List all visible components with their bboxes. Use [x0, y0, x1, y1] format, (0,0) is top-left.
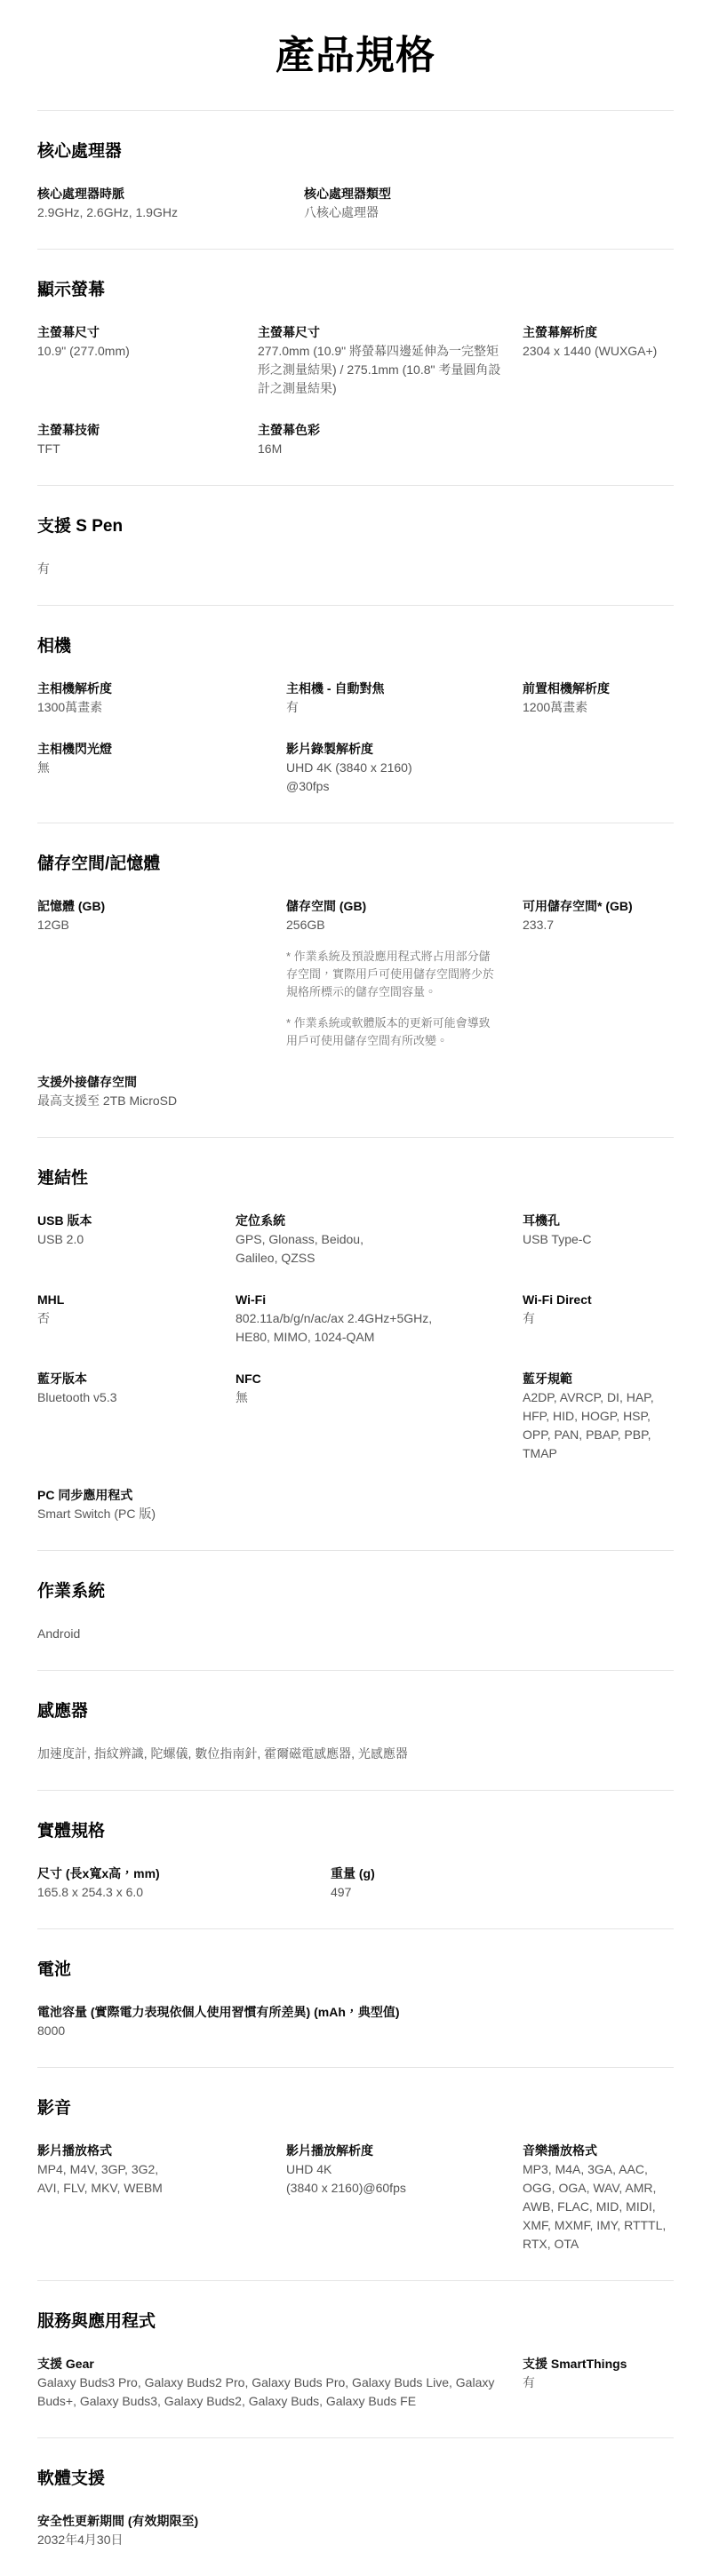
spec-value: A2DP, AVRCP, DI, HAP, HFP, HID, HOGP, HS…: [523, 1388, 674, 1463]
spec-cell: 主相機解析度1300萬畫素: [37, 680, 286, 717]
spec-value: 有: [37, 560, 674, 578]
spec-row: 核心處理器時脈2.9GHz, 2.6GHz, 1.9GHz核心處理器類型八核心處…: [37, 185, 674, 222]
spec-value: 無: [37, 759, 265, 777]
spec-cell: Android: [37, 1625, 674, 1643]
spec-row: Android: [37, 1625, 674, 1643]
spec-cell: 影片錄製解析度UHD 4K (3840 x 2160) @30fps: [286, 740, 523, 796]
spec-label: 前置相機解析度: [523, 680, 674, 698]
section-av: 影音影片播放格式MP4, M4V, 3GP, 3G2, AVI, FLV, MK…: [37, 2067, 674, 2280]
spec-value: MP3, M4A, 3GA, AAC, OGG, OGA, WAV, AMR, …: [523, 2160, 674, 2254]
spec-label: 主螢幕技術: [37, 421, 236, 440]
spec-label: 藍牙規範: [523, 1370, 674, 1388]
spec-label: 主螢幕尺寸: [258, 323, 501, 342]
spec-label: 核心處理器時脈: [37, 185, 283, 203]
spec-label: 影片播放解析度: [286, 2142, 501, 2160]
spec-cell: 主螢幕色彩16M: [258, 421, 523, 458]
section-camera: 相機主相機解析度1300萬畫素主相機 - 自動對焦有前置相機解析度1200萬畫素…: [37, 605, 674, 823]
spec-value: 有: [286, 698, 501, 717]
spec-label: 儲存空間 (GB): [286, 897, 501, 916]
spec-row: 電池容量 (實際電力表現依個人使用習慣有所差異) (mAh，典型值)8000: [37, 2003, 674, 2040]
spec-value: Smart Switch (PC 版): [37, 1505, 674, 1523]
spec-label: Wi-Fi Direct: [523, 1291, 674, 1309]
spec-value: 10.9" (277.0mm): [37, 342, 236, 361]
spec-label: 主相機閃光燈: [37, 740, 265, 759]
spec-value: USB Type-C: [523, 1230, 674, 1249]
spec-cell: 主螢幕尺寸10.9" (277.0mm): [37, 323, 258, 361]
spec-value: TFT: [37, 440, 236, 458]
spec-label: 音樂播放格式: [523, 2142, 674, 2160]
spec-row: 主螢幕技術TFT主螢幕色彩16M: [37, 421, 674, 458]
section-sensors: 感應器加速度計, 指紋辨識, 陀螺儀, 數位指南針, 霍爾磁電感應器, 光感應器: [37, 1670, 674, 1790]
spec-cell: 安全性更新期間 (有效期限至)2032年4月30日: [37, 2512, 674, 2549]
section-physical: 實體規格尺寸 (長x寬x高，mm)165.8 x 254.3 x 6.0重量 (…: [37, 1790, 674, 1928]
spec-value: 256GB: [286, 916, 501, 934]
section-display: 顯示螢幕主螢幕尺寸10.9" (277.0mm)主螢幕尺寸277.0mm (10…: [37, 249, 674, 485]
section-heading-os: 作業系統: [37, 1578, 674, 1602]
spec-label: 主相機解析度: [37, 680, 265, 698]
spec-value: 16M: [258, 440, 523, 458]
spec-row: 影片播放格式MP4, M4V, 3GP, 3G2, AVI, FLV, MKV,…: [37, 2142, 674, 2254]
spec-value: UHD 4K (3840 x 2160) @30fps: [286, 759, 523, 796]
spec-value: 無: [236, 1388, 501, 1407]
spec-value: 277.0mm (10.9" 將螢幕四邊延伸為一完整矩形之測量結果) / 275…: [258, 342, 501, 398]
section-connectivity: 連結性USB 版本USB 2.0定位系統GPS, Glonass, Beidou…: [37, 1137, 674, 1550]
spec-row: 尺寸 (長x寬x高，mm)165.8 x 254.3 x 6.0重量 (g)49…: [37, 1864, 674, 1902]
section-heading-processor: 核心處理器: [37, 138, 674, 162]
spec-row: 主相機解析度1300萬畫素主相機 - 自動對焦有前置相機解析度1200萬畫素: [37, 680, 674, 717]
spec-row: 主相機閃光燈無影片錄製解析度UHD 4K (3840 x 2160) @30fp…: [37, 740, 674, 796]
spec-row: MHL否Wi-Fi802.11a/b/g/n/ac/ax 2.4GHz+5GHz…: [37, 1291, 674, 1347]
spec-row: 安全性更新期間 (有效期限至)2032年4月30日: [37, 2512, 674, 2549]
spec-label: Wi-Fi: [236, 1291, 501, 1309]
spec-value: USB 2.0: [37, 1230, 214, 1249]
spec-value: 八核心處理器: [304, 203, 674, 222]
spec-cell: 電池容量 (實際電力表現依個人使用習慣有所差異) (mAh，典型值)8000: [37, 2003, 674, 2040]
spec-cell: 藍牙版本Bluetooth v5.3: [37, 1370, 236, 1407]
spec-label: 藍牙版本: [37, 1370, 214, 1388]
spec-value: 有: [523, 1309, 674, 1328]
spec-value: 2032年4月30日: [37, 2531, 674, 2549]
spec-value: 有: [523, 2373, 674, 2392]
section-os: 作業系統Android: [37, 1550, 674, 1670]
section-services: 服務與應用程式支援 GearGalaxy Buds3 Pro, Galaxy B…: [37, 2280, 674, 2437]
spec-footnote: * 作業系統或軟體版本的更新可能會導致用戶可使用儲存空間有所改變。: [286, 1014, 501, 1050]
spec-label: 影片播放格式: [37, 2142, 265, 2160]
spec-cell: 加速度計, 指紋辨識, 陀螺儀, 數位指南針, 霍爾磁電感應器, 光感應器: [37, 1745, 674, 1763]
spec-row: 支援外接儲存空間最高支援至 2TB MicroSD: [37, 1073, 674, 1110]
spec-label: NFC: [236, 1370, 501, 1388]
section-heading-storage: 儲存空間/記憶體: [37, 850, 674, 874]
spec-cell: 前置相機解析度1200萬畫素: [523, 680, 674, 717]
spec-cell: 儲存空間 (GB)256GB* 作業系統及預設應用程式將占用部分儲存空間，實際用…: [286, 897, 523, 1050]
spec-label: 電池容量 (實際電力表現依個人使用習慣有所差異) (mAh，典型值): [37, 2003, 674, 2022]
spec-value: 802.11a/b/g/n/ac/ax 2.4GHz+5GHz, HE80, M…: [236, 1309, 501, 1347]
spec-label: 支援 SmartThings: [523, 2355, 674, 2373]
spec-row: PC 同步應用程式Smart Switch (PC 版): [37, 1486, 674, 1523]
spec-label: 支援外接儲存空間: [37, 1073, 674, 1092]
spec-label: 安全性更新期間 (有效期限至): [37, 2512, 674, 2531]
spec-value: 8000: [37, 2022, 674, 2040]
section-heading-services: 服務與應用程式: [37, 2308, 674, 2332]
spec-value: 1200萬畫素: [523, 698, 674, 717]
spec-value: 165.8 x 254.3 x 6.0: [37, 1883, 309, 1902]
spec-value: Bluetooth v5.3: [37, 1388, 214, 1407]
spec-label: 主螢幕色彩: [258, 421, 523, 440]
spec-cell: 重量 (g)497: [331, 1864, 674, 1902]
section-heading-sensors: 感應器: [37, 1697, 674, 1721]
spec-value: 否: [37, 1309, 214, 1328]
section-heading-spen: 支援 S Pen: [37, 513, 674, 537]
spec-label: 耳機孔: [523, 1212, 674, 1230]
spec-cell: 支援 GearGalaxy Buds3 Pro, Galaxy Buds2 Pr…: [37, 2355, 523, 2411]
spec-cell: 定位系統GPS, Glonass, Beidou, Galileo, QZSS: [236, 1212, 523, 1268]
spec-value: UHD 4K (3840 x 2160)@60fps: [286, 2160, 501, 2198]
spec-label: 支援 Gear: [37, 2355, 501, 2373]
section-heading-display: 顯示螢幕: [37, 276, 674, 300]
spec-value: 497: [331, 1883, 674, 1902]
spec-cell: Wi-Fi Direct有: [523, 1291, 674, 1328]
spec-cell: 主螢幕技術TFT: [37, 421, 258, 458]
spec-cell: 可用儲存空間* (GB)233.7: [523, 897, 674, 934]
page-title: 產品規格: [0, 0, 711, 110]
spec-value: MP4, M4V, 3GP, 3G2, AVI, FLV, MKV, WEBM: [37, 2160, 265, 2198]
spec-label: 核心處理器類型: [304, 185, 674, 203]
spec-cell: 核心處理器類型八核心處理器: [304, 185, 674, 222]
spec-label: 定位系統: [236, 1212, 501, 1230]
section-heading-physical: 實體規格: [37, 1817, 674, 1841]
spec-cell: 影片播放格式MP4, M4V, 3GP, 3G2, AVI, FLV, MKV,…: [37, 2142, 286, 2198]
spec-footnote: * 作業系統及預設應用程式將占用部分儲存空間，實際用戶可使用儲存空間將少於規格所…: [286, 948, 501, 1001]
spec-cell: 主螢幕尺寸277.0mm (10.9" 將螢幕四邊延伸為一完整矩形之測量結果) …: [258, 323, 523, 398]
spec-cell: 耳機孔USB Type-C: [523, 1212, 674, 1249]
section-heading-connectivity: 連結性: [37, 1165, 674, 1189]
spec-cell: Wi-Fi802.11a/b/g/n/ac/ax 2.4GHz+5GHz, HE…: [236, 1291, 523, 1347]
spec-value: 2304 x 1440 (WUXGA+): [523, 342, 674, 361]
spec-value: 12GB: [37, 916, 265, 934]
spec-row: 加速度計, 指紋辨識, 陀螺儀, 數位指南針, 霍爾磁電感應器, 光感應器: [37, 1745, 674, 1763]
spec-value: 最高支援至 2TB MicroSD: [37, 1092, 674, 1110]
spec-cell: 支援 SmartThings有: [523, 2355, 674, 2392]
spec-label: 尺寸 (長x寬x高，mm): [37, 1864, 309, 1883]
spec-cell: 主螢幕解析度2304 x 1440 (WUXGA+): [523, 323, 674, 361]
section-processor: 核心處理器核心處理器時脈2.9GHz, 2.6GHz, 1.9GHz核心處理器類…: [37, 110, 674, 249]
spec-cell: USB 版本USB 2.0: [37, 1212, 236, 1249]
spec-value: 1300萬畫素: [37, 698, 265, 717]
spec-value: 加速度計, 指紋辨識, 陀螺儀, 數位指南針, 霍爾磁電感應器, 光感應器: [37, 1745, 674, 1763]
section-heading-av: 影音: [37, 2095, 674, 2119]
spec-value: 2.9GHz, 2.6GHz, 1.9GHz: [37, 203, 283, 222]
spec-cell: 主相機 - 自動對焦有: [286, 680, 523, 717]
spec-cell: PC 同步應用程式Smart Switch (PC 版): [37, 1486, 674, 1523]
spec-label: 影片錄製解析度: [286, 740, 523, 759]
section-battery: 電池電池容量 (實際電力表現依個人使用習慣有所差異) (mAh，典型值)8000: [37, 1928, 674, 2067]
spec-cell: 藍牙規範A2DP, AVRCP, DI, HAP, HFP, HID, HOGP…: [523, 1370, 674, 1463]
spec-label: 重量 (g): [331, 1864, 674, 1883]
spec-cell: 支援外接儲存空間最高支援至 2TB MicroSD: [37, 1073, 674, 1110]
spec-row: 主螢幕尺寸10.9" (277.0mm)主螢幕尺寸277.0mm (10.9" …: [37, 323, 674, 398]
spec-row: 有: [37, 560, 674, 578]
spec-label: 可用儲存空間* (GB): [523, 897, 674, 916]
spec-label: 主相機 - 自動對焦: [286, 680, 501, 698]
section-heading-battery: 電池: [37, 1956, 674, 1980]
spec-value: 233.7: [523, 916, 674, 934]
spec-label: USB 版本: [37, 1212, 214, 1230]
spec-value: Android: [37, 1625, 674, 1643]
spec-cell: 有: [37, 560, 674, 578]
spec-value: Galaxy Buds3 Pro, Galaxy Buds2 Pro, Gala…: [37, 2373, 501, 2411]
spec-label: 主螢幕解析度: [523, 323, 674, 342]
spec-row: 記憶體 (GB)12GB儲存空間 (GB)256GB* 作業系統及預設應用程式將…: [37, 897, 674, 1050]
spec-value: GPS, Glonass, Beidou, Galileo, QZSS: [236, 1230, 501, 1268]
spec-cell: 記憶體 (GB)12GB: [37, 897, 286, 934]
spec-label: 主螢幕尺寸: [37, 323, 236, 342]
spec-cell: 音樂播放格式MP3, M4A, 3GA, AAC, OGG, OGA, WAV,…: [523, 2142, 674, 2254]
spec-sheet: 核心處理器核心處理器時脈2.9GHz, 2.6GHz, 1.9GHz核心處理器類…: [0, 110, 711, 2576]
spec-label: 記憶體 (GB): [37, 897, 265, 916]
spec-label: MHL: [37, 1291, 214, 1309]
section-heading-camera: 相機: [37, 632, 674, 656]
section-heading-software: 軟體支援: [37, 2465, 674, 2489]
section-spen: 支援 S Pen有: [37, 485, 674, 605]
spec-cell: 尺寸 (長x寬x高，mm)165.8 x 254.3 x 6.0: [37, 1864, 331, 1902]
section-software: 軟體支援安全性更新期間 (有效期限至)2032年4月30日: [37, 2437, 674, 2576]
spec-row: USB 版本USB 2.0定位系統GPS, Glonass, Beidou, G…: [37, 1212, 674, 1268]
section-storage: 儲存空間/記憶體記憶體 (GB)12GB儲存空間 (GB)256GB* 作業系統…: [37, 823, 674, 1137]
spec-cell: 主相機閃光燈無: [37, 740, 286, 777]
spec-cell: NFC無: [236, 1370, 523, 1407]
spec-label: PC 同步應用程式: [37, 1486, 674, 1505]
spec-row: 支援 GearGalaxy Buds3 Pro, Galaxy Buds2 Pr…: [37, 2355, 674, 2411]
spec-row: 藍牙版本Bluetooth v5.3NFC無藍牙規範A2DP, AVRCP, D…: [37, 1370, 674, 1463]
spec-cell: 影片播放解析度UHD 4K (3840 x 2160)@60fps: [286, 2142, 523, 2198]
spec-cell: MHL否: [37, 1291, 236, 1328]
spec-cell: 核心處理器時脈2.9GHz, 2.6GHz, 1.9GHz: [37, 185, 304, 222]
